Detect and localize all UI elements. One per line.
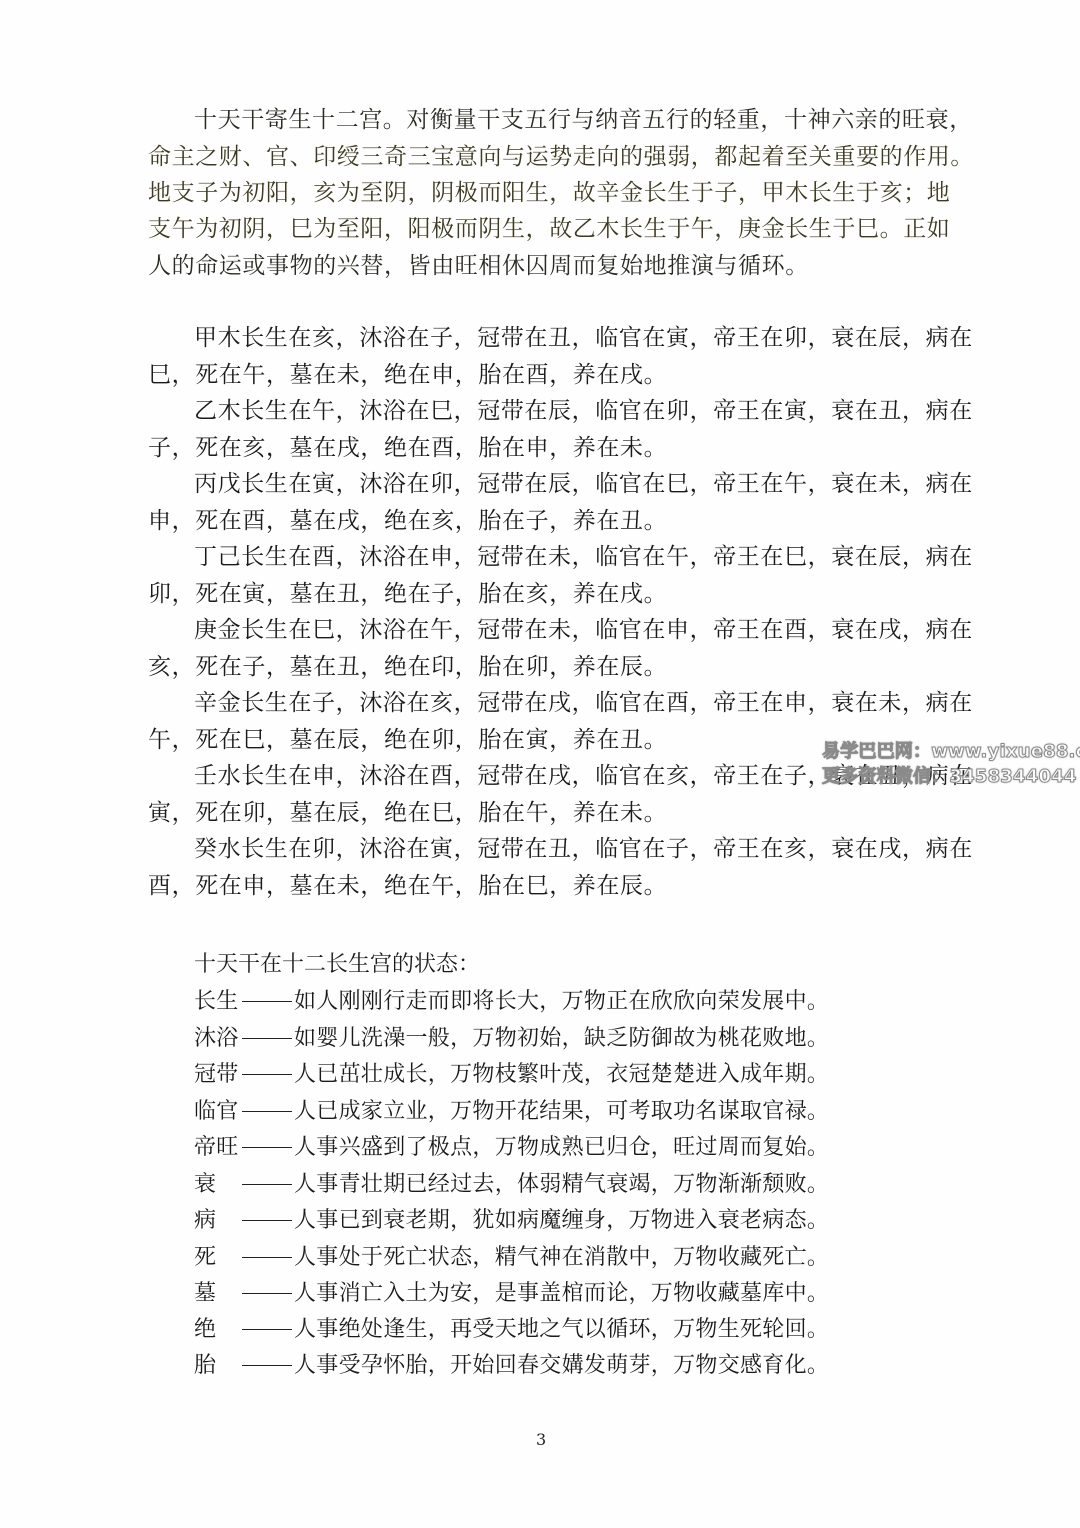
state-description: 人事受孕怀胎，开始回春交媾发萌芽，万物交感育化。 bbox=[294, 1351, 829, 1381]
stem-entry-line: 丙戊长生在寅，沐浴在卯，冠带在辰，临官在巳，帝王在午，衰在未，病在 bbox=[194, 469, 973, 499]
state-item: 绝 人事绝处逢生，再受天地之气以循环，万物生死轮回。 bbox=[194, 1315, 829, 1345]
state-item: 墓 人事消亡入土为安，是事盖棺而论，万物收藏墓库中。 bbox=[194, 1279, 829, 1309]
state-description: 人已成家立业，万物开花结果，可考取功名谋取官禄。 bbox=[294, 1097, 829, 1127]
stem-entry-line: 丁己长生在酉，沐浴在申，冠带在未，临官在午，帝王在巳，衰在辰，病在 bbox=[194, 542, 973, 572]
stem-entry-line: 乙木长生在午，沐浴在巳，冠带在辰，临官在卯，帝王在寅，衰在丑，病在 bbox=[194, 396, 973, 426]
state-name: 长生 bbox=[194, 987, 242, 1017]
state-description: 人事已到衰老期，犹如病魔缠身，万物进入衰老病态。 bbox=[294, 1206, 829, 1236]
state-item: 长生 如人刚刚行走而即将长大，万物正在欣欣向荣发展中。 bbox=[194, 987, 829, 1017]
state-name: 冠带 bbox=[194, 1060, 242, 1090]
intro-line: 支午为初阴，巳为至阳，阳极而阴生，故乙木长生于午，庚金长生于巳。正如 bbox=[148, 214, 950, 244]
dash-divider bbox=[242, 1365, 292, 1381]
state-name: 绝 bbox=[194, 1315, 242, 1345]
dash-divider bbox=[242, 1111, 292, 1127]
stem-entry-line: 酉，死在申，墓在未，绝在午，胎在巳，养在辰。 bbox=[148, 871, 667, 901]
state-description: 人事消亡入土为安，是事盖棺而论，万物收藏墓库中。 bbox=[294, 1279, 829, 1309]
state-item: 衰 人事青壮期已经过去，体弱精气衰竭，万物渐渐颓败。 bbox=[194, 1170, 829, 1200]
watermark-contact: 更多资料微信：3458344044 bbox=[822, 766, 1077, 788]
state-name: 胎 bbox=[194, 1351, 242, 1381]
intro-line: 命主之财、官、印绶三奇三宝意向与运势走向的强弱，都起着至关重要的作用。 bbox=[148, 142, 974, 172]
state-name: 墓 bbox=[194, 1279, 242, 1309]
stem-entry-line: 午，死在巳，墓在辰，绝在卯，胎在寅，养在丑。 bbox=[148, 725, 667, 755]
state-name: 死 bbox=[194, 1243, 242, 1273]
dash-divider bbox=[242, 1329, 292, 1345]
state-item: 病 人事已到衰老期，犹如病魔缠身，万物进入衰老病态。 bbox=[194, 1206, 829, 1236]
stem-entry-line: 卯，死在寅，墓在丑，绝在子，胎在亥，养在戌。 bbox=[148, 579, 667, 609]
intro-line: 十天干寄生十二宫。对衡量干支五行与纳音五行的轻重，十神六亲的旺衰， bbox=[194, 105, 973, 135]
state-name: 临官 bbox=[194, 1097, 242, 1127]
dash-divider bbox=[242, 1074, 292, 1090]
state-name: 沐浴 bbox=[194, 1024, 242, 1054]
page-number: 3 bbox=[536, 1430, 546, 1449]
dash-divider bbox=[242, 1038, 292, 1054]
stem-entry-line: 甲木长生在亥，沐浴在子，冠带在丑，临官在寅，帝王在卯，衰在辰，病在 bbox=[194, 323, 973, 353]
state-description: 人事青壮期已经过去，体弱精气衰竭，万物渐渐颓败。 bbox=[294, 1170, 829, 1200]
stem-entry-line: 亥，死在子，墓在丑，绝在印，胎在卯，养在辰。 bbox=[148, 652, 667, 682]
state-item: 帝旺 人事兴盛到了极点，万物成熟已归仓，旺过周而复始。 bbox=[194, 1133, 829, 1163]
state-item: 冠带 人已茁壮成长，万物枝繁叶茂，衣冠楚楚进入成年期。 bbox=[194, 1060, 829, 1090]
dash-divider bbox=[242, 1220, 292, 1236]
state-name: 病 bbox=[194, 1206, 242, 1236]
state-name: 衰 bbox=[194, 1170, 242, 1200]
dash-divider bbox=[242, 1147, 292, 1163]
stem-entry-line: 癸水长生在卯，沐浴在寅，冠带在丑，临官在子，帝王在亥，衰在戌，病在 bbox=[194, 834, 973, 864]
dash-divider bbox=[242, 1257, 292, 1273]
states-title: 十天干在十二长生宫的状态： bbox=[194, 950, 480, 980]
state-item: 临官 人已成家立业，万物开花结果，可考取功名谋取官禄。 bbox=[194, 1097, 829, 1127]
watermark-site: 易学巴巴网：www.yixue88.cn bbox=[822, 741, 1080, 763]
stem-entry-line: 寅，死在卯，墓在辰，绝在巳，胎在午，养在未。 bbox=[148, 798, 667, 828]
intro-line: 地支子为初阳，亥为至阴，阴极而阳生，故辛金长生于子，甲木长生于亥；地 bbox=[148, 178, 950, 208]
state-description: 人事绝处逢生，再受天地之气以循环，万物生死轮回。 bbox=[294, 1315, 829, 1345]
state-description: 如人刚刚行走而即将长大，万物正在欣欣向荣发展中。 bbox=[294, 987, 829, 1017]
document-page: 十天干寄生十二宫。对衡量干支五行与纳音五行的轻重，十神六亲的旺衰， 命主之财、官… bbox=[0, 0, 1080, 1528]
intro-line: 人的命运或事物的兴替，皆由旺相休囚周而复始地推演与循环。 bbox=[148, 251, 809, 281]
state-item: 沐浴 如婴儿洗澡一般，万物初始，缺乏防御故为桃花败地。 bbox=[194, 1024, 829, 1054]
stem-entry-line: 庚金长生在巳，沐浴在午，冠带在未，临官在申，帝王在酉，衰在戌，病在 bbox=[194, 615, 973, 645]
stem-entry-line: 辛金长生在子，沐浴在亥，冠带在戌，临官在酉，帝王在申，衰在未，病在 bbox=[194, 688, 973, 718]
stem-entry-line: 子，死在亥，墓在戌，绝在酉，胎在申，养在未。 bbox=[148, 433, 667, 463]
dash-divider bbox=[242, 1001, 292, 1017]
stem-entry-line: 巳，死在午，墓在未，绝在申，胎在酉，养在戌。 bbox=[148, 360, 667, 390]
state-name: 帝旺 bbox=[194, 1133, 242, 1163]
stem-entry-line: 申，死在酉，墓在戌，绝在亥，胎在子，养在丑。 bbox=[148, 506, 667, 536]
state-description: 人事兴盛到了极点，万物成熟已归仓，旺过周而复始。 bbox=[294, 1133, 829, 1163]
dash-divider bbox=[242, 1184, 292, 1200]
dash-divider bbox=[242, 1293, 292, 1309]
state-item: 死 人事处于死亡状态，精气神在消散中，万物收藏死亡。 bbox=[194, 1243, 829, 1273]
state-description: 如婴儿洗澡一般，万物初始，缺乏防御故为桃花败地。 bbox=[294, 1024, 829, 1054]
state-description: 人事处于死亡状态，精气神在消散中，万物收藏死亡。 bbox=[294, 1243, 829, 1273]
state-description: 人已茁壮成长，万物枝繁叶茂，衣冠楚楚进入成年期。 bbox=[294, 1060, 829, 1090]
state-item: 胎 人事受孕怀胎，开始回春交媾发萌芽，万物交感育化。 bbox=[194, 1351, 829, 1381]
